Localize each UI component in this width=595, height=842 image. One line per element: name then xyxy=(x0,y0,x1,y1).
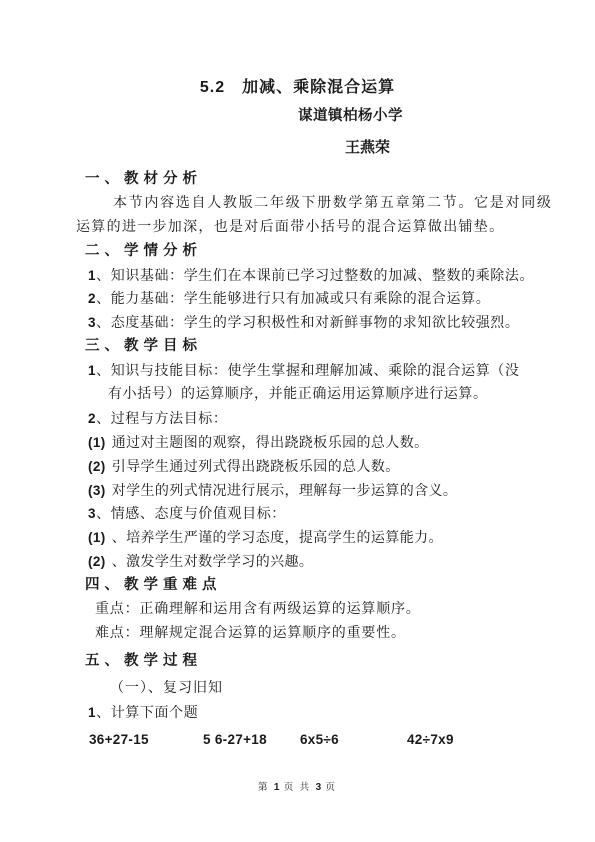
list-item: 1、知识与技能目标：使学生掌握和理解加减、乘除的混合运算（没 xyxy=(76,359,542,383)
equation: 42÷7x9 xyxy=(407,728,454,752)
author-name: 王燕荣 xyxy=(0,138,595,158)
sub-item-text: 引导学生通过列式得出跷跷板乐园的总人数。 xyxy=(112,460,400,475)
list-item-number: 1 xyxy=(88,705,96,720)
sub-list-item: (3)对学生的列式情况进行展示，理解每一步运算的含义。 xyxy=(76,479,542,503)
section-heading-2: 二、学情分析 xyxy=(76,240,542,264)
sub-list-item: (1)、培养学生严谨的学习态度，提高学生的运算能力。 xyxy=(76,526,542,550)
list-item-number: 2 xyxy=(88,411,96,426)
section-heading-4: 四、教学重难点 xyxy=(76,574,542,598)
equation: 6x5÷6 xyxy=(300,728,339,752)
list-item-number: 1 xyxy=(88,268,96,283)
list-item: 3、情感、态度与价值观目标： xyxy=(76,502,542,526)
footer-label: 页 xyxy=(326,783,338,793)
list-item: 1、知识基础：学生们在本课前已学习过整数的加减、整数的乘除法。 xyxy=(76,264,542,288)
list-item-text: 、计算下面个题 xyxy=(96,706,198,721)
footer-label: 第 xyxy=(258,783,270,793)
sub-item-text: 通过对主题图的观察，得出跷跷板乐园的总人数。 xyxy=(112,436,429,451)
total-pages: 3 xyxy=(316,782,322,793)
section-heading-5: 五、教学过程 xyxy=(76,650,542,674)
sub-item-number: (2) xyxy=(88,459,106,474)
review-line: （一）、复习旧知 xyxy=(76,677,542,701)
page-title: 5.2 加减、乘除混合运算 xyxy=(0,78,595,98)
list-item-text: 、能力基础：学生能够进行只有加减或只有乘除的混合运算。 xyxy=(96,292,490,307)
sub-list-item: (1)通过对主题图的观察，得出跷跷板乐园的总人数。 xyxy=(76,431,542,455)
equation: 5 6-27+18 xyxy=(203,728,267,752)
list-item-text: 、情感、态度与价值观目标： xyxy=(96,507,286,522)
list-item-number: 3 xyxy=(88,315,96,330)
list-item-text: 、态度基础：学生的学习积极性和对新鲜事物的求知欲比较强烈。 xyxy=(96,316,519,331)
keypoint-line: 重点：正确理解和运用含有两级运算的运算顺序。 xyxy=(76,598,542,622)
sub-item-number: (2) xyxy=(88,554,106,569)
section-heading-3: 三、教学目标 xyxy=(76,335,542,359)
list-item-number: 3 xyxy=(88,506,96,521)
list-item-text: 、知识基础：学生们在本课前已学习过整数的加减、整数的乘除法。 xyxy=(96,269,534,284)
paragraph-line: 运算的进一步加深，也是对后面带小括号的混合运算做出铺垫。 xyxy=(76,216,542,240)
school-name: 谋道镇柏杨小学 xyxy=(0,106,595,126)
sub-item-text: 对学生的列式情况进行展示，理解每一步运算的含义。 xyxy=(112,484,458,499)
page-footer: 第 1 页 共 3 页 xyxy=(0,779,595,793)
list-item: 2、过程与方法目标： xyxy=(76,407,542,431)
list-item-continuation: 有小括号）的运算顺序，并能正确运用运算顺序进行运算。 xyxy=(76,383,542,407)
list-item-text: 、知识与技能目标：使学生掌握和理解加减、乘除的混合运算（没 xyxy=(96,364,519,379)
sub-list-item: (2)引导学生通过列式得出跷跷板乐园的总人数。 xyxy=(76,455,542,479)
document-body: 一、教材分析 本节内容选自人教版二年级下册数学第五章第二节。它是对同级 运算的进… xyxy=(76,168,542,752)
list-item-number: 1 xyxy=(88,363,96,378)
sub-list-item: (2)、激发学生对数学学习的兴趣。 xyxy=(76,550,542,574)
list-item: 3、态度基础：学生的学习积极性和对新鲜事物的求知欲比较强烈。 xyxy=(76,311,542,335)
list-item: 1、计算下面个题 xyxy=(76,701,542,725)
sub-item-number: (3) xyxy=(88,483,106,498)
paragraph-line: 本节内容选自人教版二年级下册数学第五章第二节。它是对同级 xyxy=(76,192,542,216)
footer-label: 页 共 xyxy=(284,783,311,793)
list-item: 2、能力基础：学生能够进行只有加减或只有乘除的混合运算。 xyxy=(76,287,542,311)
page-number: 1 xyxy=(274,782,280,793)
section-heading-1: 一、教材分析 xyxy=(76,168,542,192)
document-page: 5.2 加减、乘除混合运算 谋道镇柏杨小学 王燕荣 一、教材分析 本节内容选自人… xyxy=(0,0,595,842)
sub-item-number: (1) xyxy=(88,530,106,545)
sub-item-text: 、激发学生对数学学习的兴趣。 xyxy=(112,555,314,570)
list-item-number: 2 xyxy=(88,291,96,306)
keypoint-line: 难点：理解规定混合运算的运算顺序的重要性。 xyxy=(76,622,542,646)
list-item-text: 、过程与方法目标： xyxy=(96,412,227,427)
exercise-equations-row: 36+27-15 5 6-27+18 6x5÷6 42÷7x9 xyxy=(76,728,542,752)
sub-item-text: 、培养学生严谨的学习态度，提高学生的运算能力。 xyxy=(112,531,443,546)
sub-item-number: (1) xyxy=(88,435,106,450)
equation: 36+27-15 xyxy=(89,728,149,752)
